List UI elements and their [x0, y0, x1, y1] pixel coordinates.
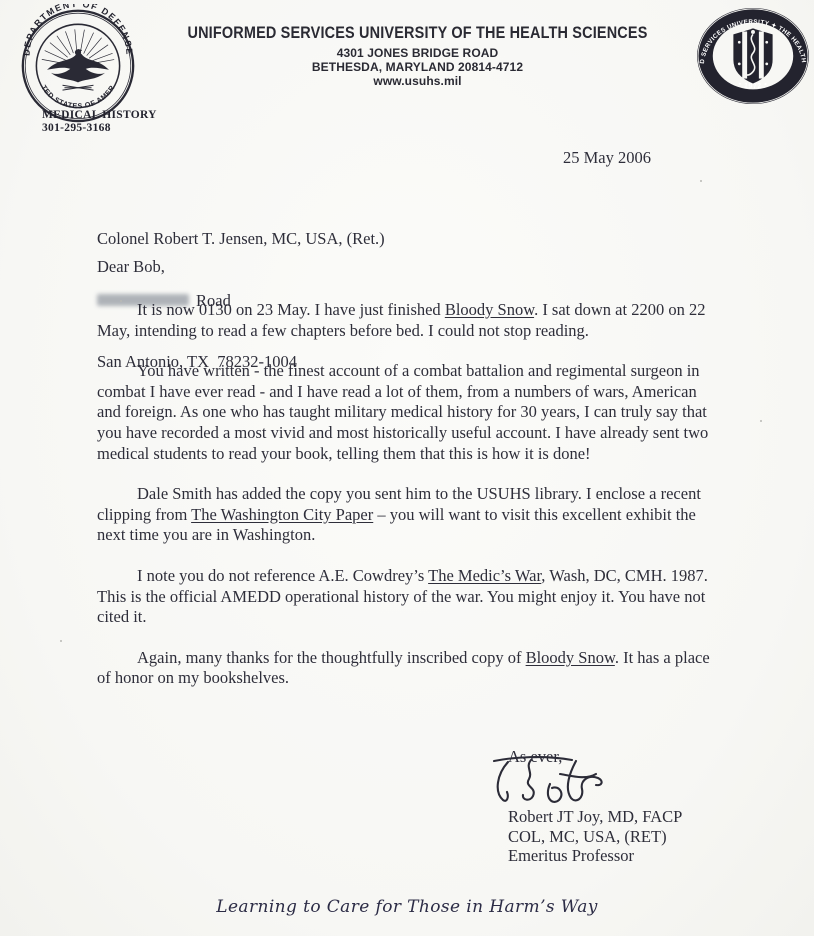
paragraph: It is now 0130 on 23 May. I have just fi…	[97, 300, 721, 341]
paragraph: I note you do not reference A.E. Cowdrey…	[97, 566, 721, 628]
paragraph: Again, many thanks for the thoughtfully …	[97, 648, 721, 689]
department-name: MEDICAL HISTORY	[42, 109, 202, 122]
recipient-name: Colonel Robert T. Jensen, MC, USA, (Ret.…	[97, 229, 385, 250]
book-title: Bloody Snow	[445, 300, 534, 319]
scanned-letter-page: DEPARTMENT OF DEFENSE UNITED STATES OF A…	[0, 0, 814, 936]
scan-speckle	[60, 640, 62, 642]
letterhead-street: 4301 JONES BRIDGE ROAD	[90, 46, 745, 60]
book-title: The Medic’s War	[428, 566, 541, 585]
signer-rank: COL, MC, USA, (RET)	[508, 827, 682, 847]
signature-block: Robert JT Joy, MD, FACP COL, MC, USA, (R…	[508, 807, 682, 866]
letter-body: It is now 0130 on 23 May. I have just fi…	[97, 300, 721, 709]
letterhead-website: www.usuhs.mil	[90, 74, 745, 88]
scan-speckle	[120, 300, 122, 302]
paragraph: You have written - the finest account of…	[97, 361, 721, 464]
signer-name: Robert JT Joy, MD, FACP	[508, 807, 682, 827]
university-name: UNIFORMED SERVICES UNIVERSITY OF THE HEA…	[139, 23, 696, 43]
university-motto: Learning to Care for Those in Harm’s Way	[0, 897, 814, 917]
book-title: The Washington City Paper	[191, 505, 373, 524]
signer-title: Emeritus Professor	[508, 846, 682, 866]
letterhead-city: BETHESDA, MARYLAND 20814-4712	[90, 60, 745, 74]
department-contact: MEDICAL HISTORY 301-295-3168	[42, 109, 202, 135]
usuhs-seal-icon: UNIFORMED SERVICES UNIVERSITY ✦ THE HEAL…	[694, 5, 812, 107]
letter-date: 25 May 2006	[563, 148, 651, 168]
salutation: Dear Bob,	[97, 257, 165, 277]
department-phone: 301-295-3168	[42, 122, 202, 135]
scan-speckle	[760, 420, 762, 422]
paragraph: Dale Smith has added the copy you sent h…	[97, 484, 721, 546]
letterhead: UNIFORMED SERVICES UNIVERSITY OF THE HEA…	[90, 23, 745, 88]
book-title: Bloody Snow	[526, 648, 615, 667]
scan-speckle	[700, 180, 702, 182]
